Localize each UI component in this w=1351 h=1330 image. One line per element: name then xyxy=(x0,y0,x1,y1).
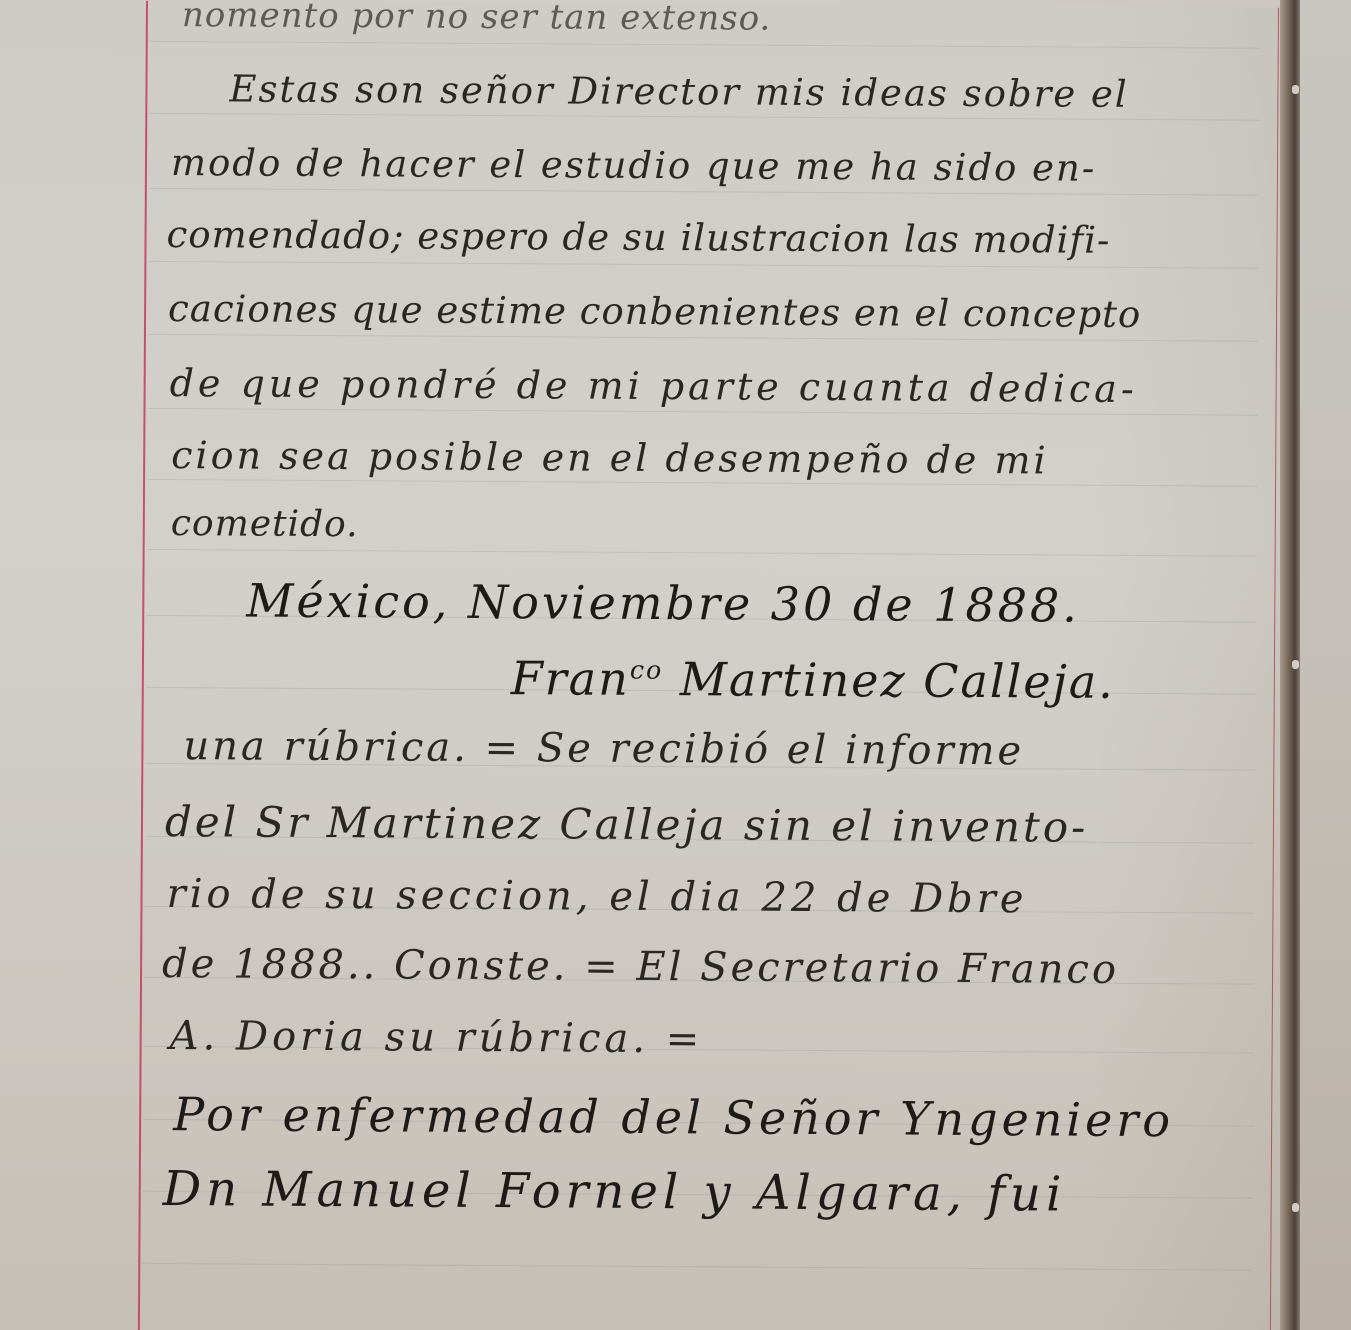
facing-page-edge xyxy=(1300,0,1351,1330)
text-line-15: A. Doria su rúbrica. = xyxy=(170,1013,704,1062)
author-surname: Martinez Calleja. xyxy=(680,652,1115,709)
text-line-11: una rúbrica. = Se recibió el informe xyxy=(183,723,1024,774)
right-margin-line xyxy=(1270,8,1279,1330)
text-line-1: nomento por no ser tan extenso. xyxy=(182,0,772,39)
author-first-abbrev: Fran xyxy=(511,651,630,706)
author-first-sup: co xyxy=(630,656,664,685)
author-signature-line: Franco Martinez Calleja. xyxy=(511,651,1115,709)
text-line-8: cometido. xyxy=(171,503,359,545)
text-line-2: Estas son señor Director mis ideas sobre… xyxy=(229,67,1129,115)
text-line-4: comendado; espero de su ilustracion las … xyxy=(166,213,1110,262)
binding-stitch xyxy=(1292,1203,1299,1212)
text-line-13: rio de su seccion, el dia 22 de Dbre xyxy=(166,871,1027,922)
text-line-5: caciones que estime conbenientes en el c… xyxy=(168,287,1141,336)
text-line-7: cion sea posible en el desempeño de mi xyxy=(171,433,1049,482)
text-line-17: Dn Manuel Fornel y Algara, fui xyxy=(163,1161,1067,1223)
text-line-14: de 1888.. Conste. = El Secretario Franco xyxy=(162,941,1119,993)
manuscript-text: nomento por no ser tan extenso. Estas so… xyxy=(152,1,1270,1330)
photo-stage: nomento por no ser tan extenso. Estas so… xyxy=(0,0,1351,1330)
binding-stitch xyxy=(1292,85,1299,94)
text-line-3: modo de hacer el estudio que me ha sido … xyxy=(171,141,1097,190)
text-line-6: de que pondré de mi parte cuanta dedica- xyxy=(170,361,1138,411)
binding-stitch xyxy=(1292,660,1299,669)
place-date-line: México, Noviembre 30 de 1888. xyxy=(246,574,1080,633)
text-line-12: del Sr Martinez Calleja sin el invento- xyxy=(165,797,1089,852)
text-line-16: Por enfermedad del Señor Yngeniero xyxy=(173,1087,1174,1147)
manuscript-page: nomento por no ser tan extenso. Estas so… xyxy=(0,0,1290,1330)
